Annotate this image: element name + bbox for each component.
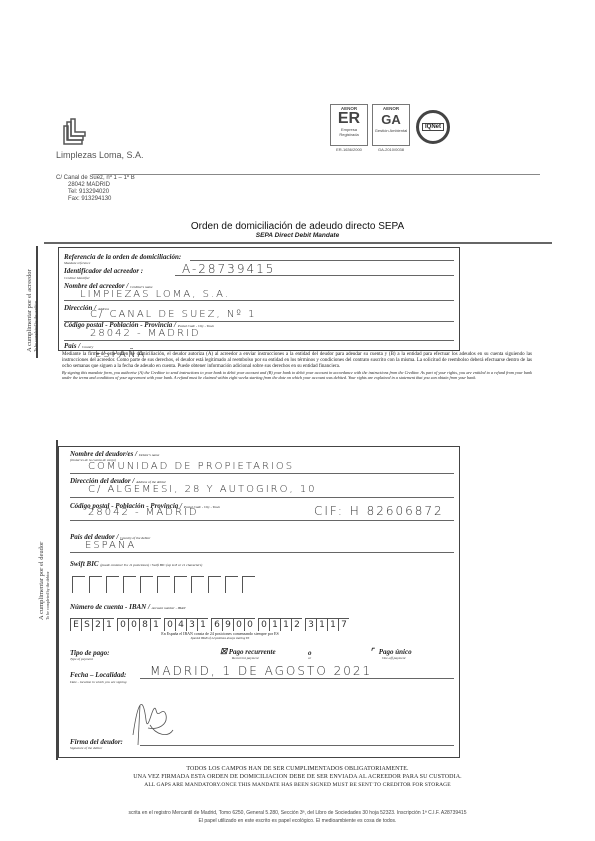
iqnet-seal: IQNet <box>416 110 450 144</box>
signature-label: Firma del deudor: <box>70 738 123 746</box>
iban-cell[interactable]: 0 <box>258 618 269 631</box>
bic-cell[interactable] <box>242 576 255 593</box>
iban-cell[interactable]: 8 <box>139 618 150 631</box>
iban-input[interactable]: ES2100810431690001123117 <box>70 618 349 631</box>
iban-cell[interactable]: 0 <box>164 618 175 631</box>
creditor-name-value[interactable]: LIMPIEZAS LOMA, S.A. <box>80 289 230 300</box>
iban-cell[interactable]: 3 <box>305 618 316 631</box>
bic-cell[interactable] <box>123 576 136 593</box>
bic-cell[interactable] <box>89 576 102 593</box>
creditor-address-value[interactable]: C/ CANAL DE SUEZ, Nº 1 <box>90 309 257 320</box>
registry-text: scrita en el registro Mercantil de Madri… <box>0 810 595 816</box>
bic-cell[interactable] <box>174 576 187 593</box>
mandate-ref-field[interactable] <box>190 260 454 261</box>
creditor-side-label: A cumplimentar por el acreedor To be com… <box>26 269 38 352</box>
iban-cell[interactable]: 1 <box>280 618 291 631</box>
title-rule <box>44 242 552 244</box>
iban-cell[interactable]: 3 <box>186 618 197 631</box>
company-address: C/ Canal de Suez, nº 1 – 1º B 28042 MADR… <box>56 175 135 203</box>
bic-label: Swift BIC (puede contener 8 u 11 posicio… <box>70 560 202 568</box>
iban-cell[interactable]: 0 <box>117 618 128 631</box>
iban-cell[interactable]: 1 <box>103 618 114 631</box>
bic-cell[interactable] <box>72 576 85 593</box>
eco-note: El papel utilizado en este escrito es pa… <box>0 818 595 824</box>
company-logo <box>58 118 88 150</box>
aenor-ga-certificate: AENOR GA Gestión Ambiental GA-2010/0038 <box>372 104 410 146</box>
iban-label: Número de cuenta - IBAN / Account number… <box>70 603 185 611</box>
debtor-country-value[interactable]: ESPAÑA <box>85 540 136 551</box>
creditor-id-label: Identificador del acreedor : <box>64 267 143 275</box>
creditor-country-label: País / Country <box>64 342 93 350</box>
iban-cell[interactable]: 6 <box>211 618 222 631</box>
iban-cell[interactable]: 4 <box>175 618 186 631</box>
bic-cell[interactable] <box>140 576 153 593</box>
iban-cell[interactable]: E <box>70 618 81 631</box>
creditor-id-value[interactable]: A-28739415 <box>182 262 275 276</box>
iban-cell[interactable]: 2 <box>291 618 302 631</box>
iban-cell[interactable]: 1 <box>316 618 327 631</box>
iban-note: En España el IBAN consta de 24 posicione… <box>100 631 340 640</box>
signature-field[interactable] <box>140 745 454 746</box>
iban-cell[interactable]: 0 <box>128 618 139 631</box>
iban-cell[interactable]: S <box>81 618 92 631</box>
bic-cell[interactable] <box>106 576 119 593</box>
debtor-name-value[interactable]: COMUNIDAD DE PROPIETARIOS <box>88 461 294 472</box>
footer-mandatory-en: ALL GAPS ARE MANDATORY.ONCE THIS MANDATE… <box>0 782 595 788</box>
iban-cell[interactable]: 1 <box>150 618 161 631</box>
iban-cell[interactable]: 9 <box>222 618 233 631</box>
date-place-label: Fecha – Localidad: <box>70 671 126 679</box>
footer-custody-es: UNA VEZ FIRMADA ESTA ORDEN DE DOMICILIAC… <box>0 774 595 780</box>
bic-cell[interactable] <box>191 576 204 593</box>
bic-input[interactable] <box>72 576 259 593</box>
bic-cell[interactable] <box>208 576 221 593</box>
debtor-side-label: A cumplimentar por el deudor To be compl… <box>38 542 50 620</box>
recurrent-payment-option[interactable]: ☒ Pago recurrente <box>220 648 276 656</box>
debtor-cif-value[interactable]: CIF: H 82606872 <box>314 504 444 518</box>
footer-mandatory-es: TODOS LOS CAMPOS HAN DE SER CUMPLIMENTAD… <box>0 766 595 772</box>
authorization-text: Mediante la firma de esta orden de domic… <box>62 352 532 380</box>
mandate-ref-label: Referencia de la orden de domiciliación: <box>64 253 181 261</box>
iban-cell[interactable]: 0 <box>244 618 255 631</box>
debtor-address-value[interactable]: C/ ALGEMESI, 28 Y AUTOGIRO, 10 <box>88 484 317 495</box>
iban-cell[interactable]: 1 <box>269 618 280 631</box>
page-title: Orden de domiciliación de adeudo directo… <box>0 221 595 232</box>
one-off-payment-option[interactable]: ⌜ Pago único <box>370 648 412 656</box>
page-subtitle: SEPA Direct Debit Mandate <box>0 232 595 239</box>
iban-cell[interactable]: 1 <box>327 618 338 631</box>
recurrent-checkbox[interactable]: ☒ <box>220 648 227 655</box>
debtor-signature <box>128 690 178 740</box>
iban-cell[interactable]: 7 <box>338 618 349 631</box>
header-rule <box>92 174 540 175</box>
iban-cell[interactable]: 0 <box>233 618 244 631</box>
iban-cell[interactable]: 2 <box>92 618 103 631</box>
aenor-er-certificate: AENOR ER Empresa Registrada ER-1636/2000 <box>330 104 368 146</box>
iban-cell[interactable]: 1 <box>197 618 208 631</box>
company-name: Limplezas Loma, S.A. <box>56 150 144 160</box>
bic-cell[interactable] <box>157 576 170 593</box>
payment-type-label: Tipo de pago: <box>70 649 109 657</box>
bic-cell[interactable] <box>225 576 238 593</box>
debtor-postal-value[interactable]: 28042 - MADRID <box>88 507 199 518</box>
creditor-postal-value[interactable]: 28042 - MADRID <box>90 328 201 339</box>
date-place-value[interactable]: MADRID, 1 DE AGOSTO 2021 <box>150 664 372 678</box>
debtor-name-label: Nombre del deudor/es / Debtor's name <box>70 450 159 458</box>
one-off-checkbox[interactable]: ⌜ <box>370 648 377 655</box>
